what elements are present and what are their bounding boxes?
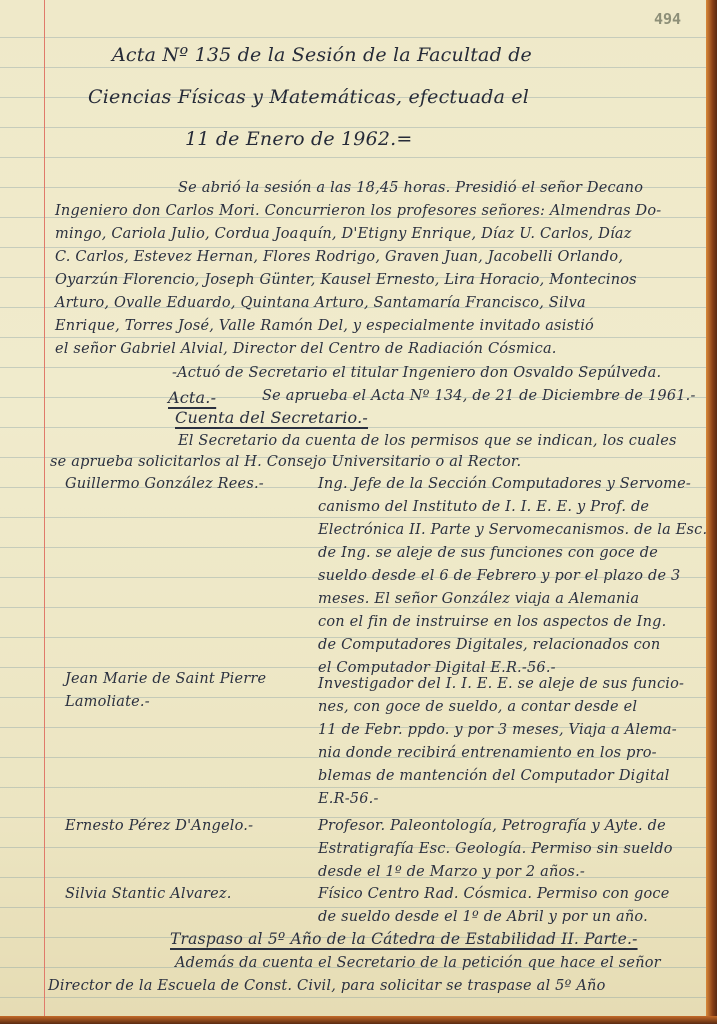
page-number: 494: [654, 10, 681, 28]
permiso-line: Estratigrafía Esc. Geología. Permiso sin…: [318, 841, 673, 857]
traspaso-line: Director de la Escuela de Const. Civil, …: [48, 978, 606, 994]
permiso-line: sueldo desde el 6 de Febrero y por el pl…: [318, 568, 680, 584]
permiso-line: Electrónica II. Parte y Servomecanismos.…: [318, 522, 707, 538]
permiso-line: con el fin de instruirse en los aspectos…: [318, 614, 666, 630]
permiso-line: nia donde recibirá entrenamiento en los …: [318, 745, 657, 761]
title-line-2: Ciencias Físicas y Matemáticas, efectuad…: [88, 86, 529, 108]
person-name: Jean Marie de Saint Pierre: [65, 671, 266, 687]
permiso-line: de Ing. se aleje de sus funciones con go…: [318, 545, 658, 561]
text-line: Arturo, Ovalle Eduardo, Quintana Arturo,…: [55, 295, 586, 311]
traspaso-heading: Traspaso al 5º Año de la Cátedra de Esta…: [170, 930, 638, 948]
permiso-line: el Computador Digital E.R.-56.-: [318, 660, 556, 676]
permiso-line: desde el 1º de Marzo y por 2 años.-: [318, 864, 585, 880]
person-name: Lamoliate.-: [65, 694, 150, 710]
permiso-line: de sueldo desde el 1º de Abril y por un …: [318, 909, 648, 925]
person-name: Ernesto Pérez D'Angelo.-: [65, 818, 253, 834]
permiso-line: de Computadores Digitales, relacionados …: [318, 637, 660, 653]
text-line: Se abrió la sesión a las 18,45 horas. Pr…: [178, 180, 643, 196]
text-line: Enrique, Torres José, Valle Ramón Del, y…: [55, 318, 594, 334]
text-line: mingo, Cariola Julio, Cordua Joaquín, D'…: [55, 226, 632, 242]
permiso-line: meses. El señor González viaja a Alemani…: [318, 591, 639, 607]
cuenta-heading: Cuenta del Secretario.-: [175, 408, 368, 427]
permiso-line: nes, con goce de sueldo, a contar desde …: [318, 699, 637, 715]
acta-heading: Acta.-: [168, 388, 216, 407]
permiso-line: blemas de mantención del Computador Digi…: [318, 768, 670, 784]
permiso-line: E.R-56.-: [318, 791, 379, 807]
text-line: C. Carlos, Estevez Hernan, Flores Rodrig…: [55, 249, 623, 265]
book-edge-bottom: [0, 1016, 717, 1024]
permiso-line: Ing. Jefe de la Sección Computadores y S…: [318, 476, 691, 492]
text-line: Oyarzún Florencio, Joseph Günter, Kausel…: [55, 272, 637, 288]
permiso-line: Físico Centro Rad. Cósmica. Permiso con …: [318, 886, 669, 902]
permiso-line: Profesor. Paleontología, Petrografía y A…: [318, 818, 666, 834]
title-line-3: 11 de Enero de 1962.=: [185, 128, 413, 150]
title-line-1: Acta Nº 135 de la Sesión de la Facultad …: [112, 44, 532, 66]
person-name: Silvia Stantic Alvarez.: [65, 886, 232, 902]
cuenta-intro-line: se aprueba solicitarlos al H. Consejo Un…: [50, 454, 521, 470]
permiso-line: 11 de Febr. ppdo. y por 3 meses, Viaja a…: [318, 722, 677, 738]
book-edge-right: [706, 0, 717, 1024]
text-line: el señor Gabriel Alvial, Director del Ce…: [55, 341, 557, 357]
secretary-line: -Actuó de Secretario el titular Ingenier…: [172, 365, 661, 381]
acta-text: Se aprueba el Acta Nº 134, de 21 de Dici…: [262, 388, 696, 404]
traspaso-line: Además da cuenta el Secretario de la pet…: [175, 955, 661, 971]
person-name: Guillermo González Rees.-: [65, 476, 264, 492]
cuenta-intro-line: El Secretario da cuenta de los permisos …: [178, 433, 677, 449]
permiso-line: Investigador del I. I. E. E. se aleje de…: [318, 676, 684, 692]
permiso-line: canismo del Instituto de I. I. E. E. y P…: [318, 499, 649, 515]
notebook-page: 494 Acta Nº 135 de la Sesión de la Facul…: [0, 0, 706, 1016]
red-margin-line: [44, 0, 45, 1016]
text-line: Ingeniero don Carlos Mori. Concurrieron …: [55, 203, 661, 219]
